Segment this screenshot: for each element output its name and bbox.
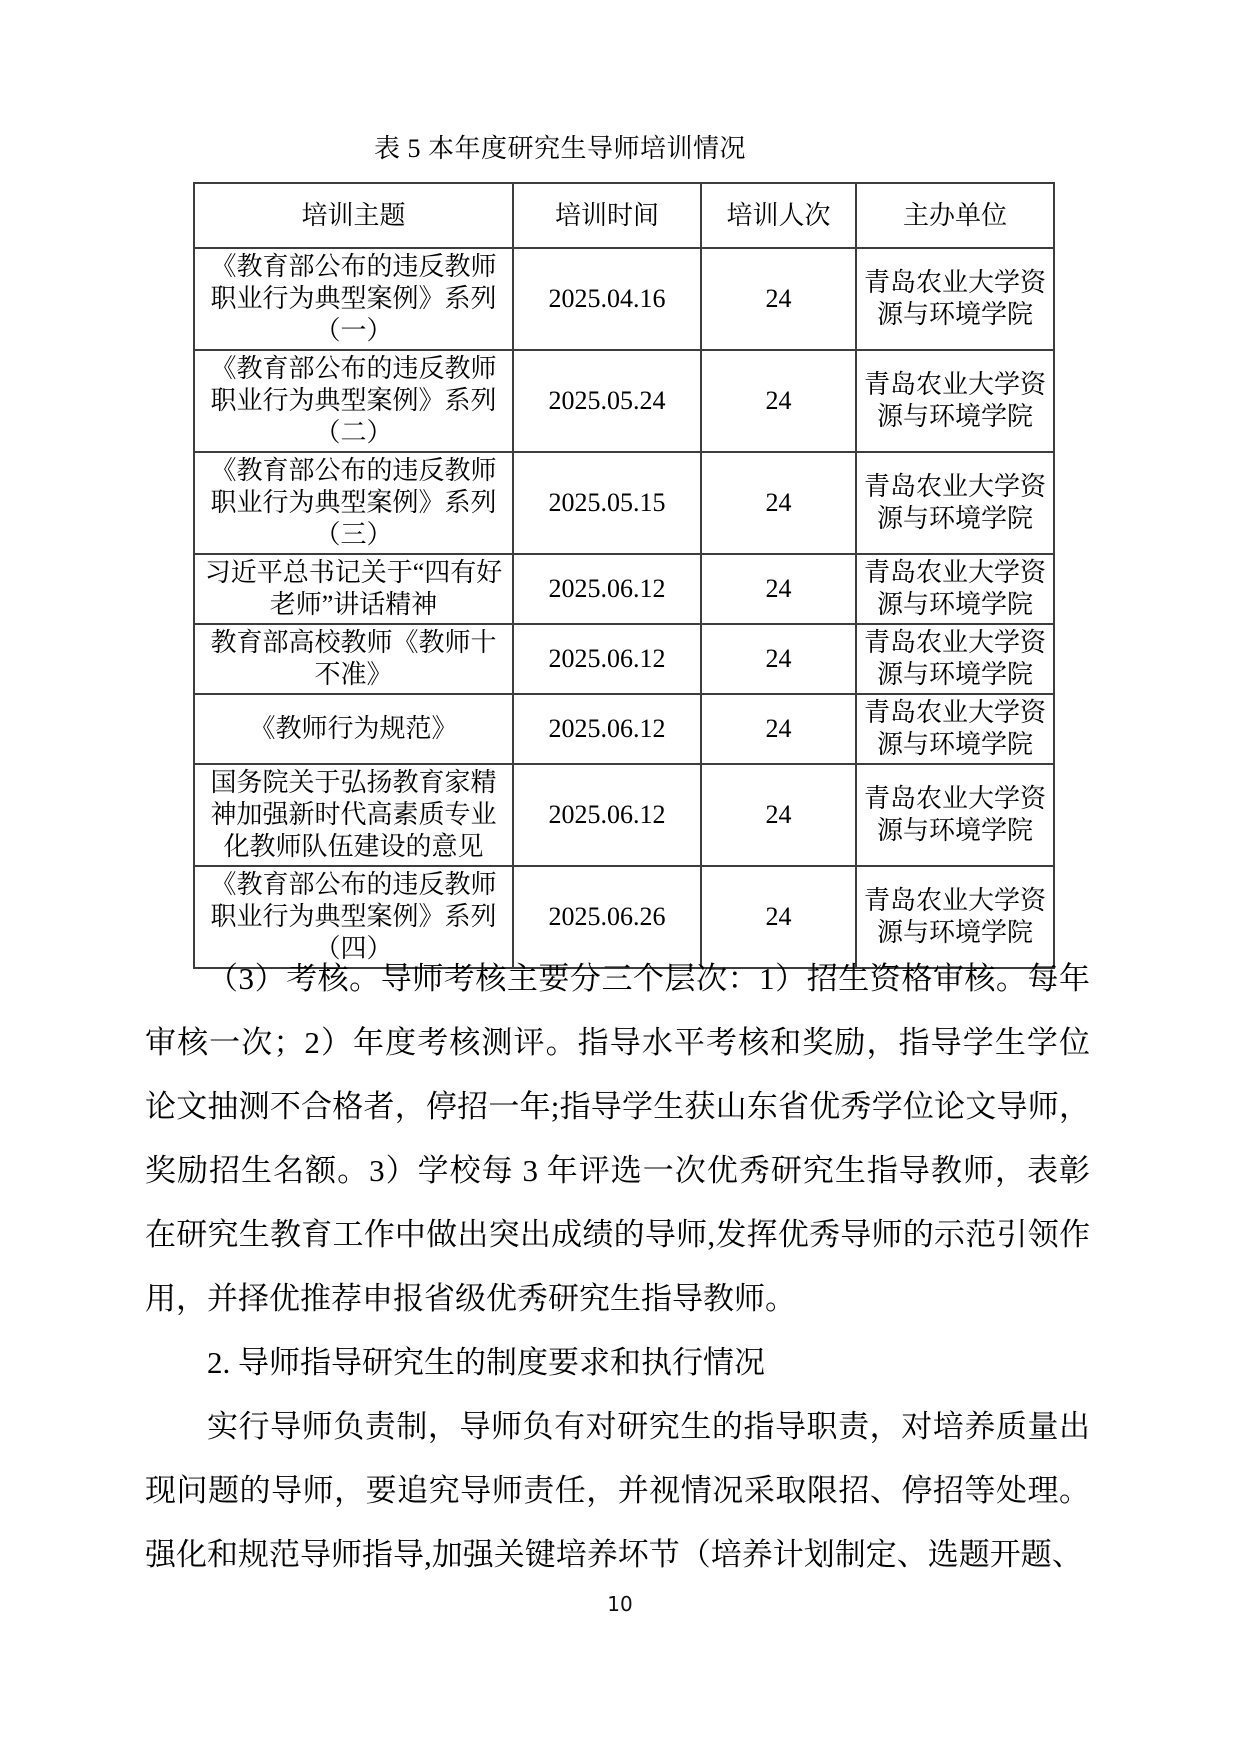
cell-training-theme: 国务院关于弘扬教育家精神加强新时代高素质专业化教师队伍建设的意见 [194, 764, 513, 866]
table-row: 习近平总书记关于“四有好老师”讲话精神 2025.06.12 24 青岛农业大学… [194, 554, 1054, 624]
cell-organizer: 青岛农业大学资源与环境学院 [856, 694, 1054, 764]
table-row: 国务院关于弘扬教育家精神加强新时代高素质专业化教师队伍建设的意见 2025.06… [194, 764, 1054, 866]
table-row: 《教育部公布的违反教师职业行为典型案例》系列（二） 2025.05.24 24 … [194, 350, 1054, 452]
cell-organizer: 青岛农业大学资源与环境学院 [856, 452, 1054, 554]
header-training-theme: 培训主题 [194, 183, 513, 248]
cell-training-count: 24 [701, 350, 856, 452]
cell-training-theme: 《教育部公布的违反教师职业行为典型案例》系列（三） [194, 452, 513, 554]
header-training-time: 培训时间 [513, 183, 701, 248]
cell-organizer: 青岛农业大学资源与环境学院 [856, 764, 1054, 866]
training-table: 培训主题 培训时间 培训人次 主办单位 《教育部公布的违反教师职业行为典型案例》… [193, 182, 1055, 969]
cell-training-time: 2025.06.12 [513, 624, 701, 694]
table-header-row: 培训主题 培训时间 培训人次 主办单位 [194, 183, 1054, 248]
table-row: 《教育部公布的违反教师职业行为典型案例》系列（一） 2025.04.16 24 … [194, 248, 1054, 350]
cell-training-theme: 《教育部公布的违反教师职业行为典型案例》系列（二） [194, 350, 513, 452]
header-training-count: 培训人次 [701, 183, 856, 248]
cell-organizer: 青岛农业大学资源与环境学院 [856, 248, 1054, 350]
cell-training-time: 2025.04.16 [513, 248, 701, 350]
paragraph-supervisor-responsibility: 实行导师负责制，导师负有对研究生的指导职责，对培养质量出现问题的导师，要追究导师… [145, 1395, 1090, 1587]
table-row: 《教师行为规范》 2025.06.12 24 青岛农业大学资源与环境学院 [194, 694, 1054, 764]
table-caption: 表 5 本年度研究生导师培训情况 [0, 134, 1120, 164]
cell-training-count: 24 [701, 554, 856, 624]
cell-organizer: 青岛农业大学资源与环境学院 [856, 624, 1054, 694]
section-heading-2: 2. 导师指导研究生的制度要求和执行情况 [145, 1331, 1090, 1395]
cell-training-count: 24 [701, 248, 856, 350]
cell-training-count: 24 [701, 452, 856, 554]
cell-training-count: 24 [701, 764, 856, 866]
cell-training-theme: 习近平总书记关于“四有好老师”讲话精神 [194, 554, 513, 624]
cell-training-theme: 《教育部公布的违反教师职业行为典型案例》系列（一） [194, 248, 513, 350]
cell-training-time: 2025.05.24 [513, 350, 701, 452]
document-page: { "table": { "title": "表 5 本年度研究生导师培训情况"… [0, 0, 1240, 1753]
cell-training-theme: 教育部高校教师《教师十不准》 [194, 624, 513, 694]
cell-training-time: 2025.05.15 [513, 452, 701, 554]
cell-organizer: 青岛农业大学资源与环境学院 [856, 554, 1054, 624]
cell-training-theme: 《教师行为规范》 [194, 694, 513, 764]
paragraph-assessment: （3）考核。导师考核主要分三个层次：1）招生资格审核。每年审核一次；2）年度考核… [145, 947, 1090, 1331]
cell-training-time: 2025.06.12 [513, 764, 701, 866]
table-row: 教育部高校教师《教师十不准》 2025.06.12 24 青岛农业大学资源与环境… [194, 624, 1054, 694]
cell-organizer: 青岛农业大学资源与环境学院 [856, 350, 1054, 452]
page-number: 10 [0, 1592, 1240, 1616]
cell-training-time: 2025.06.12 [513, 554, 701, 624]
cell-training-count: 24 [701, 694, 856, 764]
header-organizer: 主办单位 [856, 183, 1054, 248]
table-row: 《教育部公布的违反教师职业行为典型案例》系列（三） 2025.05.15 24 … [194, 452, 1054, 554]
cell-training-count: 24 [701, 624, 856, 694]
cell-training-time: 2025.06.12 [513, 694, 701, 764]
body-text-block: （3）考核。导师考核主要分三个层次：1）招生资格审核。每年审核一次；2）年度考核… [145, 947, 1090, 1587]
